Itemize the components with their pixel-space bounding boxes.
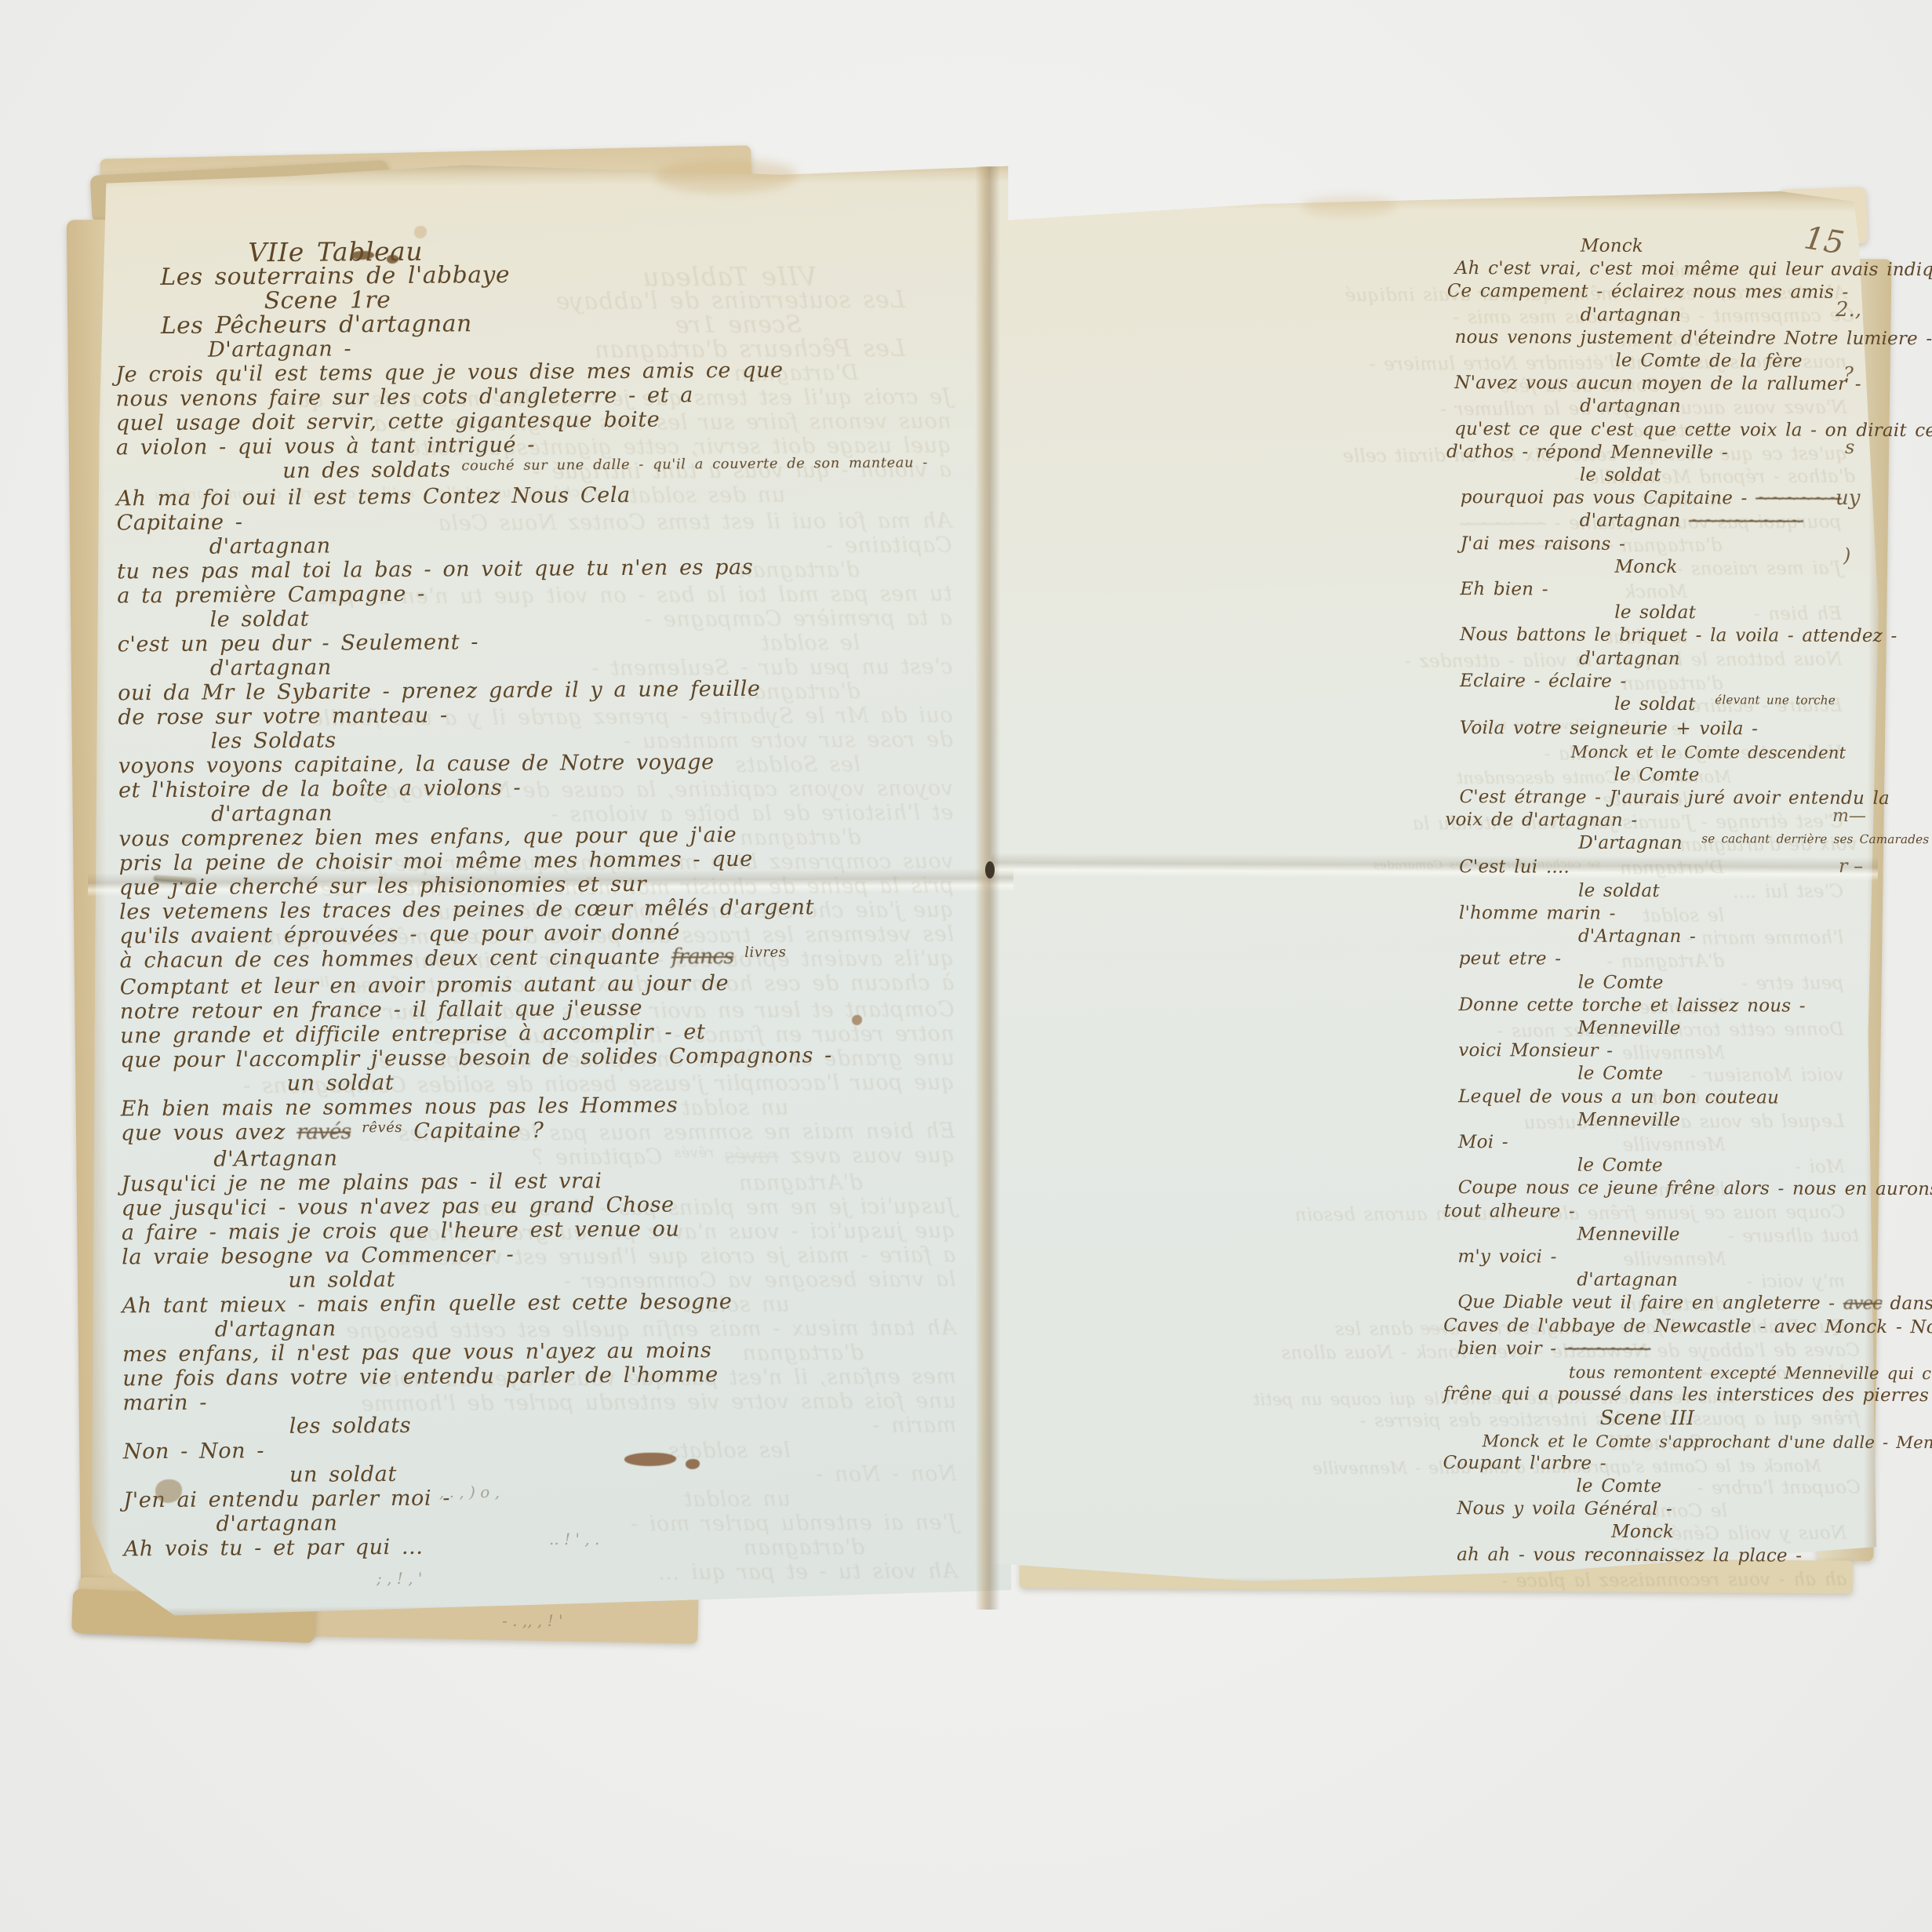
inline-stage-direction: couché sur une dalle - qu'il a couverte … [461, 454, 928, 474]
speaker-label: un des soldatscouché sur une dalle - qu'… [282, 455, 885, 486]
manuscript-line: Coupant l'arbre - [1443, 1452, 1874, 1476]
speaker-label: le soldat [1614, 602, 1877, 625]
fold-worm-hole [985, 861, 995, 879]
ink-fragment: s [1845, 436, 1854, 458]
manuscript-line: N'avez vous aucun moyen de la rallumer - [1454, 372, 1878, 396]
manuscript-line: Coupe nous ce jeune frêne alors - nous e… [1458, 1177, 1876, 1201]
ink-fragment: 2., [1836, 298, 1861, 322]
speaker-label: d'artagnan [1579, 647, 1877, 671]
manuscript-line: Nous y voila Général - [1457, 1497, 1874, 1522]
inline-stage-direction: livres [744, 944, 786, 960]
speaker-label: le Comte [1577, 1155, 1876, 1179]
speaker-label: Menneville [1577, 1017, 1876, 1042]
ink-fragment: m— [1832, 806, 1866, 826]
ink-fragment: uy [1836, 486, 1860, 510]
speaker-label: d'artagnan ~~~~~~~~ [1580, 510, 1878, 534]
right-page-browned-top-edge [992, 184, 1888, 213]
manuscript-line: Voila votre seigneurie + voila - [1460, 717, 1877, 741]
speaker-label: d'Artagnan - [1578, 926, 1876, 950]
page-number: 15 [1802, 220, 1846, 261]
speaker-label: le Comte de la fère [1615, 350, 1878, 373]
speaker-label: le Comte [1578, 971, 1876, 995]
manuscript-line: d'athos - répond Menneville - [1446, 441, 1878, 465]
inline-stage-direction: élevant une torche [1715, 693, 1836, 708]
manuscript-line: Moi - [1458, 1131, 1876, 1155]
manuscript-line: voici Monsieur - [1458, 1039, 1876, 1064]
speaker-label: d'artagnan [1581, 304, 1879, 328]
manuscript-line: qu'est ce que c'est que cette voix la - … [1454, 418, 1878, 442]
manuscript-line: Caves de l'abbaye de Newcastle - avec Mo… [1443, 1315, 1875, 1339]
speaker-label: Monck [1614, 556, 1877, 580]
speaker-label: le soldat élevant une torche [1614, 693, 1877, 719]
stage-direction: Monck et le Comte descendent [1571, 740, 1877, 765]
struck-out-text: francs [671, 944, 734, 970]
manuscript-line: Eclaire - éclaire - [1460, 670, 1877, 694]
speaker-label: d'artagnan [1580, 395, 1878, 420]
vertical-center-fold [975, 166, 1000, 1610]
inline-stage-direction: rêvés [362, 1119, 402, 1136]
left-page-text-column: VIIe TableauLes souterrains de l'abbayeS… [115, 236, 893, 1562]
struck-out-text: avec [1843, 1293, 1882, 1314]
manuscript-line: m'y voici - [1457, 1246, 1875, 1270]
pencil-mark: , . , ) o , [439, 1483, 500, 1501]
pencil-mark: ; , ! , ' [377, 1569, 422, 1588]
manuscript-line: C'est étrange - J'aurais juré avoir ente… [1459, 786, 1876, 810]
struck-out-text: ravés [297, 1119, 351, 1144]
speaker-label: le soldat [1580, 464, 1878, 489]
speaker-label: le Comte [1576, 1475, 1874, 1500]
heading-line: Scene III [1600, 1406, 1875, 1430]
struck-out-text: ~~~~~~ [1565, 1338, 1651, 1359]
manuscript-line: Nous battons le briquet - la voila - att… [1460, 624, 1877, 649]
speaker-label: le Comte [1614, 763, 1877, 787]
manuscript-line: Donne cette torche et laissez nous - [1458, 994, 1876, 1018]
stage-direction: tous remontent excepté Menneville qui co… [1569, 1361, 1875, 1385]
manuscript-line: C'est lui .... [1459, 857, 1876, 881]
ink-fragment: ) [1843, 544, 1850, 566]
manuscript-line: Que Diable veut il faire en angleterre -… [1457, 1291, 1875, 1315]
manuscript-line: peut etre - [1459, 948, 1876, 972]
manuscript-line: l'homme marin - [1459, 902, 1876, 926]
pencil-mark: - . ,, , ! ' [502, 1611, 563, 1630]
manuscript-line: voix de d'artagnan - [1445, 809, 1876, 833]
speaker-label: Monck [1611, 1521, 1874, 1545]
manuscript-line: Eh bien - [1460, 578, 1877, 602]
ink-fragment: r – [1839, 855, 1863, 877]
manuscript-line: frêne qui a poussé dans les interstices … [1443, 1383, 1875, 1407]
manuscript-line: bien voir - ~~~~~~ [1457, 1337, 1875, 1362]
right-page-text-column: MonckAh c'est vrai, c'est moi même qui l… [1450, 235, 1879, 1568]
manuscript-line: pourquoi pas vous Capitaine - ~~~~~~ [1461, 486, 1878, 511]
ink-fragment: ? [1843, 363, 1854, 385]
inline-stage-direction: se cachant derrière ses Camarades [1701, 831, 1929, 846]
manuscript-line: tout alheure - [1444, 1200, 1876, 1224]
speaker-label: D'artagnan se cachant derrière ses Camar… [1578, 832, 1876, 858]
manuscript-line: nous venons justement d'éteindre Notre l… [1454, 326, 1878, 351]
stage-direction: Monck et le Comte s'approchant d'une dal… [1483, 1429, 1875, 1454]
manuscript-line: Ah c'est vrai, c'est moi même qui leur a… [1455, 257, 1879, 282]
manuscript-line: J'ai mes raisons - [1461, 533, 1878, 557]
speaker-label: d'artagnan [1577, 1269, 1875, 1293]
pencil-mark: .. ! ' , . [549, 1530, 599, 1548]
manuscript-line: Lequel de vous a un bon couteau [1458, 1086, 1876, 1110]
speaker-label: le soldat [1578, 879, 1876, 904]
speaker-label: Menneville [1577, 1108, 1876, 1133]
speaker-label: le Comte [1577, 1063, 1876, 1087]
manuscript-line: à chacun de ces hommes deux cent cinquan… [119, 944, 888, 976]
manuscript-photograph: VIIe TableauLes souterrains de l'abbayeS… [0, 0, 1932, 1932]
struck-out-text: ~~~~~~ [1756, 489, 1842, 509]
speaker-label: Menneville [1577, 1223, 1875, 1247]
manuscript-line: Ce campement - éclairez nous mes amis - [1447, 280, 1879, 304]
struck-out-text: ~~~~~~~~ [1689, 511, 1803, 533]
manuscript-line: ah ah - vous reconnaissez la place - [1457, 1544, 1874, 1568]
